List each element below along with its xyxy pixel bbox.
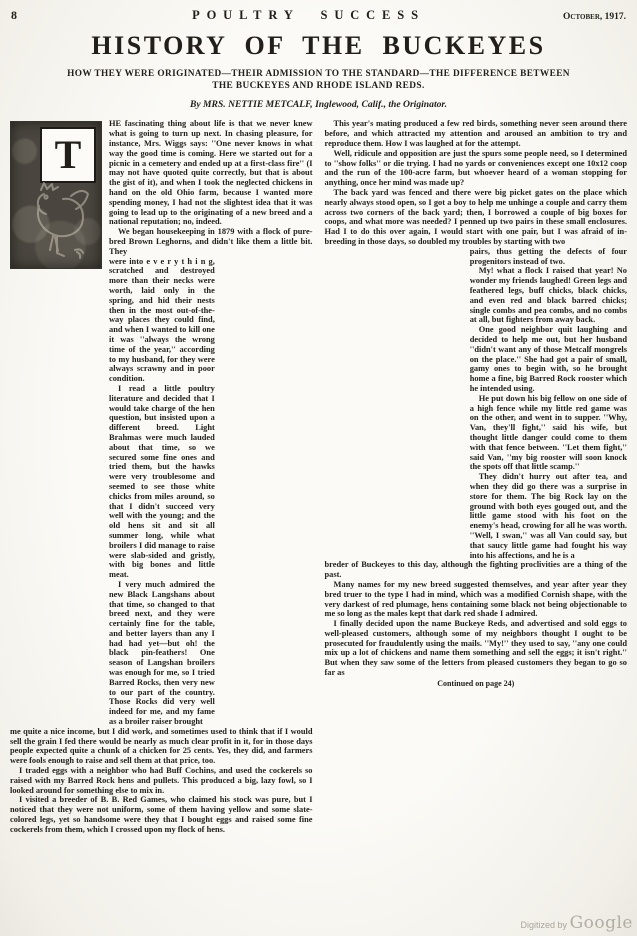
article-subtitle-line2: THE BUCKEYES AND RHODE ISLAND REDS. bbox=[9, 80, 628, 92]
article-subtitle: HOW THEY WERE ORIGINATED—THEIR ADMISSION… bbox=[9, 68, 628, 92]
left-para-4-full: me quite a nice income, but I did work, … bbox=[10, 727, 313, 766]
left-para-1: T HE fascinating th bbox=[10, 119, 313, 227]
right-para-2: Well, ridicule and opposition are just t… bbox=[325, 149, 628, 188]
left-para-3: I read a little poultry literature and d… bbox=[109, 384, 215, 580]
dropcap-letterbox: T bbox=[40, 127, 96, 183]
article-subtitle-line1: HOW THEY WERE ORIGINATED—THEIR ADMISSION… bbox=[9, 68, 628, 80]
left-para-1-text: HE fascinating thing about life is that … bbox=[109, 119, 313, 226]
page-number: 8 bbox=[11, 8, 71, 23]
right-column: This year's mating produced a few red bi… bbox=[325, 119, 628, 834]
dropcap-ornament: T bbox=[10, 121, 102, 269]
right-para-7-full: breder of Buckeyes to this day, although… bbox=[325, 560, 628, 580]
right-blank-region bbox=[325, 247, 470, 561]
left-blank-region bbox=[215, 257, 313, 727]
article-byline: By MRS. NETTIE METCALF, Inglewood, Calif… bbox=[9, 99, 628, 110]
journal-title: POULTRY SUCCESS bbox=[71, 8, 546, 23]
right-para-6: He put down his big fellow on one side o… bbox=[470, 394, 627, 472]
watermark-prefix: Digitized by bbox=[521, 920, 568, 930]
right-narrow-section: pairs, thus getting the defects of four … bbox=[325, 247, 628, 561]
right-para-7-narrow: They didn't hurry out after tea, and whe… bbox=[470, 472, 627, 560]
article-body: T HE fascinating th bbox=[9, 119, 628, 834]
right-para-1: This year's mating produced a few red bi… bbox=[325, 119, 628, 148]
left-para-2-rest: were into e v e r y t h i n g, scratched… bbox=[109, 257, 215, 384]
right-para-9: I finally decided upon the name Buckeye … bbox=[325, 619, 628, 678]
running-header: 8 POULTRY SUCCESS October, 1917. bbox=[9, 8, 628, 23]
right-para-8: Many names for my new breed suggested th… bbox=[325, 580, 628, 619]
rooster-woodcut-icon bbox=[13, 180, 97, 266]
right-para-3-rest: pairs, thus getting the defects of four … bbox=[470, 247, 627, 267]
issue-date: October, 1917. bbox=[546, 12, 626, 22]
right-para-4: My! what a flock I raised that year! No … bbox=[470, 266, 627, 325]
left-column: T HE fascinating th bbox=[10, 119, 313, 834]
right-narrow-text: pairs, thus getting the defects of four … bbox=[470, 247, 627, 561]
dropcap-letter: T bbox=[55, 135, 82, 175]
magazine-page: 8 POULTRY SUCCESS October, 1917. HISTORY… bbox=[0, 0, 637, 936]
left-narrow-section: were into e v e r y t h i n g, scratched… bbox=[109, 257, 313, 727]
left-para-5: I traded eggs with a neighbor who had Bu… bbox=[10, 766, 313, 795]
digitized-watermark: Digitized by Google bbox=[521, 913, 633, 933]
left-para-6: I visited a breeder of B. B. Red Games, … bbox=[10, 795, 313, 834]
article-title: HISTORY OF THE BUCKEYES bbox=[9, 32, 628, 59]
google-logo: Google bbox=[570, 913, 633, 933]
right-para-3-lead: The back yard was fenced and there were … bbox=[325, 188, 628, 247]
right-para-5: One good neighbor quit laughing and deci… bbox=[470, 325, 627, 394]
continued-note: Continued on page 24) bbox=[325, 679, 628, 688]
left-para-4-narrow: I very much admired the new Black Langsh… bbox=[109, 580, 215, 727]
left-narrow-text: were into e v e r y t h i n g, scratched… bbox=[109, 257, 215, 727]
